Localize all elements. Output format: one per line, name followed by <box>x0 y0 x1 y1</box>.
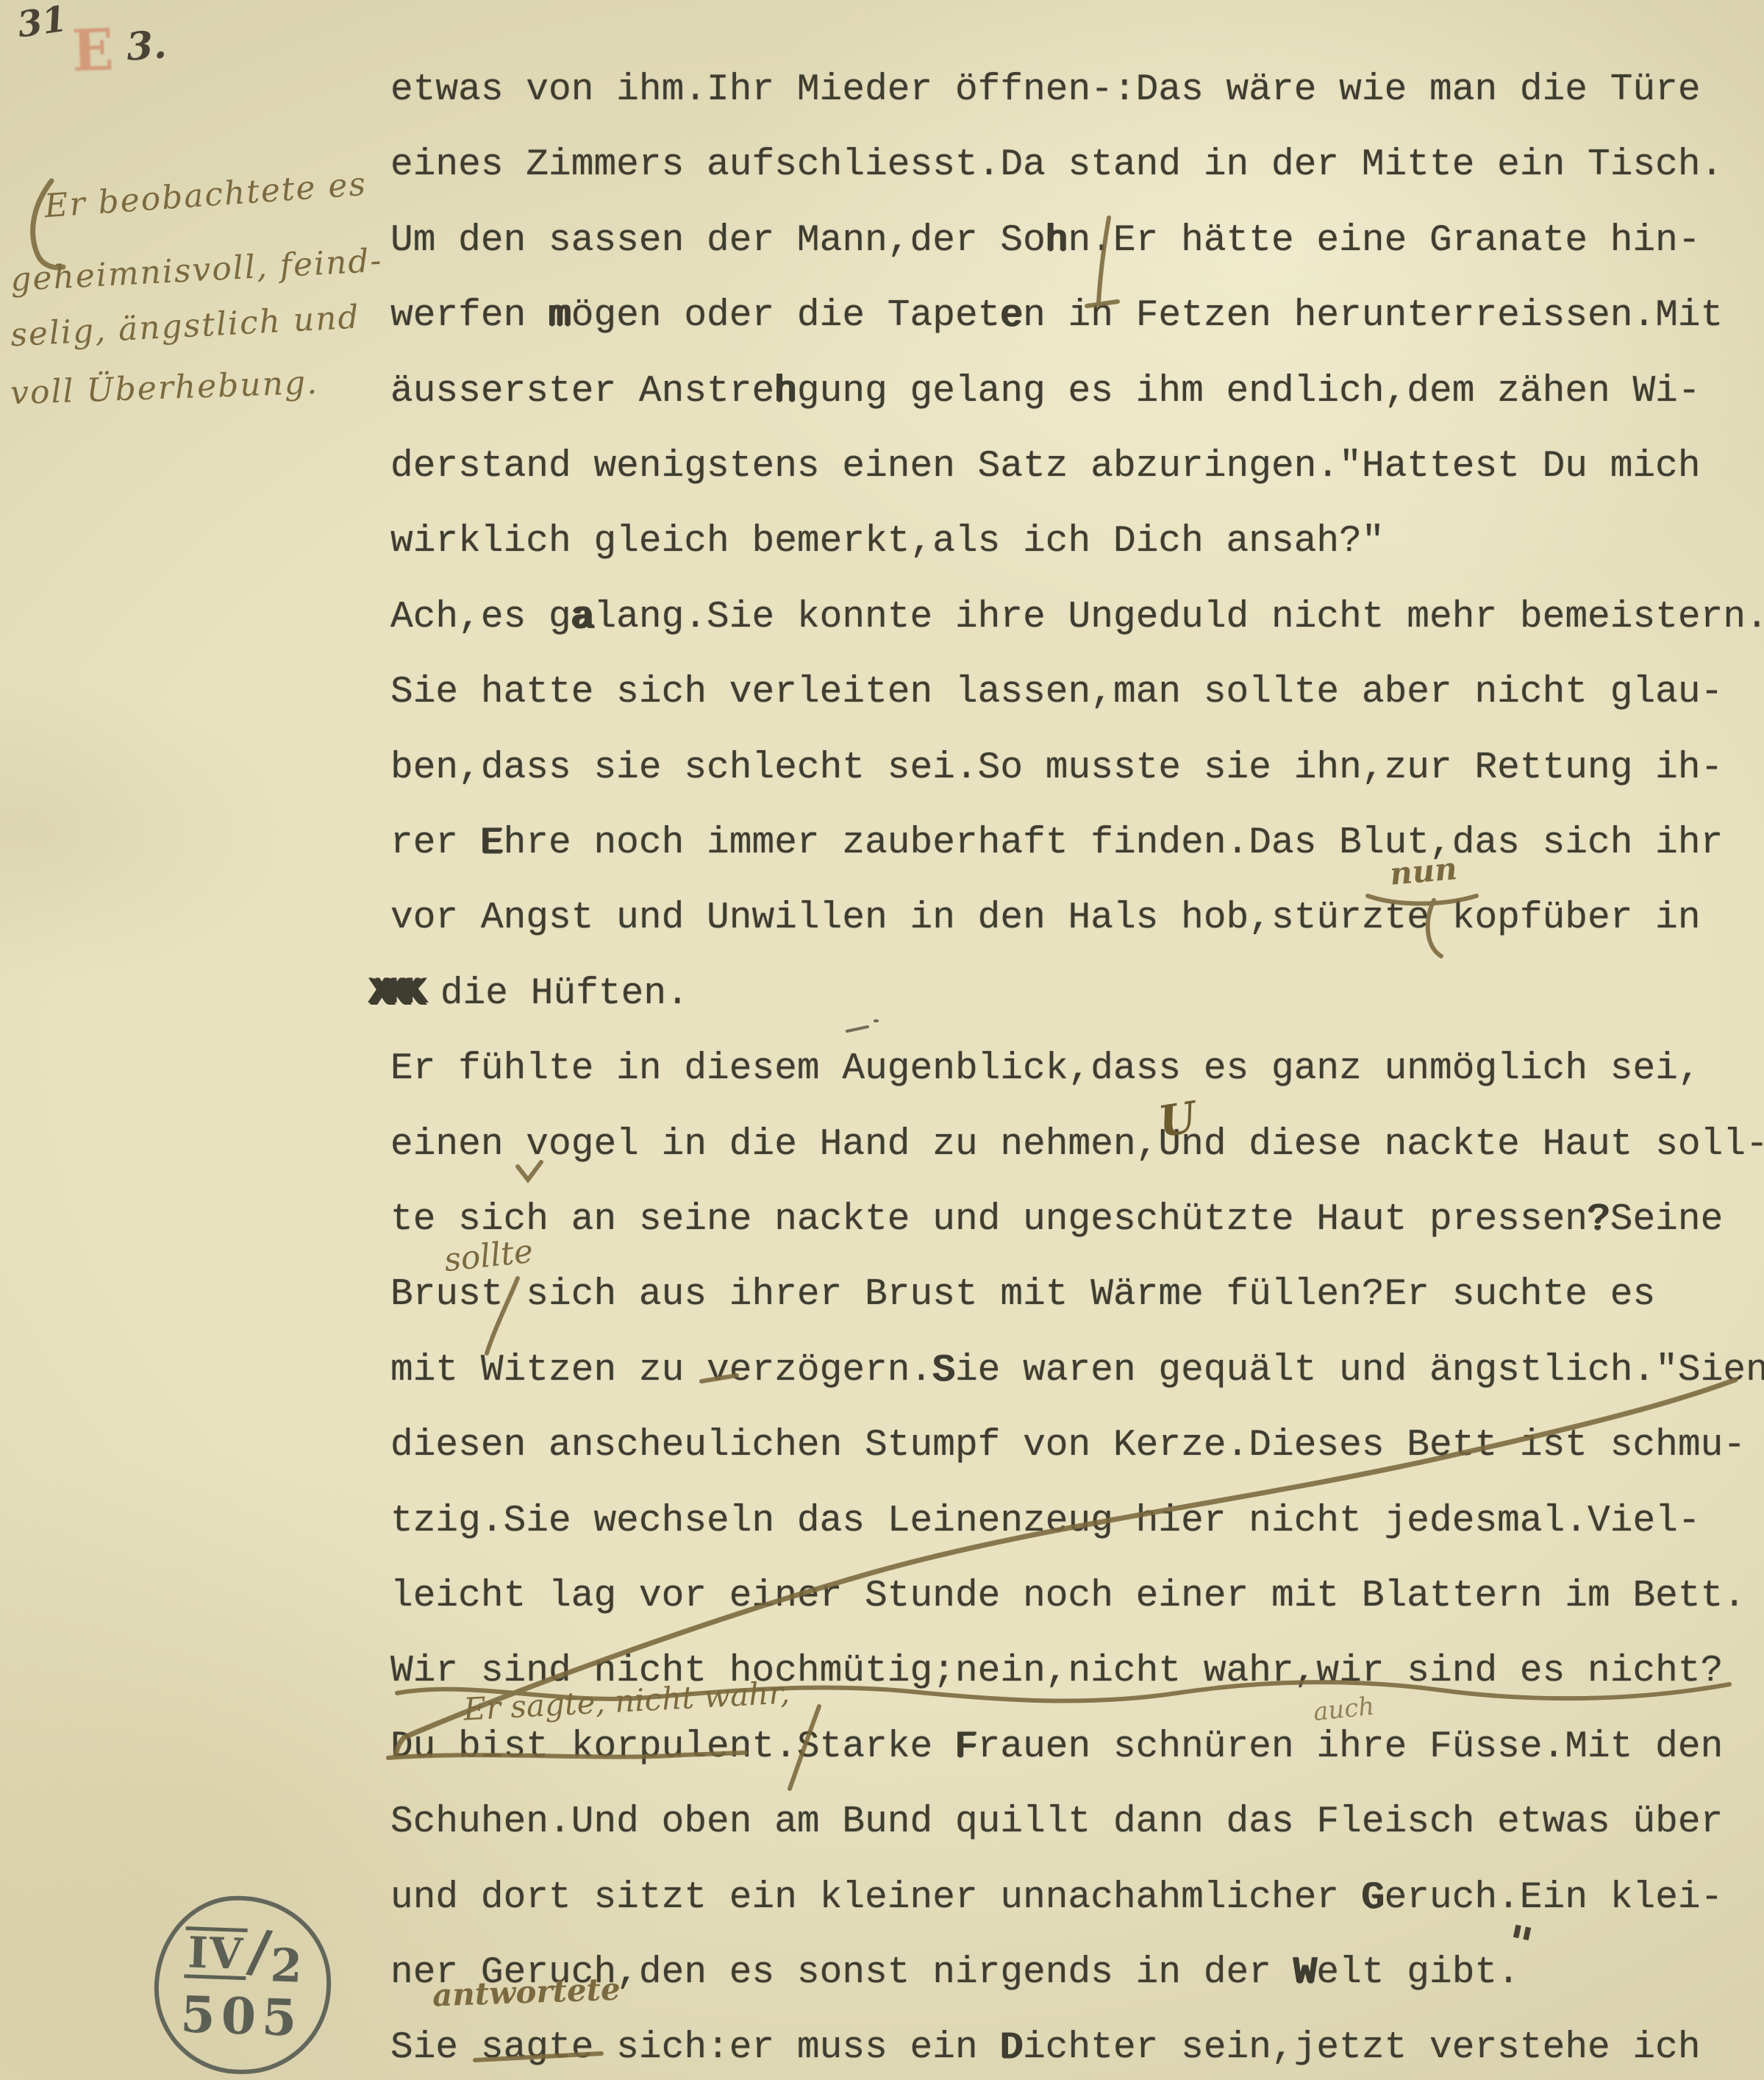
typescript-line: Sie hatte sich verleiten lassen,man soll… <box>390 673 1723 713</box>
typescript-line: Ach,es galang.Sie konnte ihre Ungeduld n… <box>390 598 1764 638</box>
typescript-segment: F <box>1316 1801 1339 1843</box>
typescript-segment: Du bist korpulent.Starke <box>390 1725 955 1768</box>
typescript-segment: hre noch immer zauberhaft finden.Das Blu… <box>504 822 1724 864</box>
typescript-segment: Ach,es g <box>390 596 571 638</box>
typescript-line: äusserster Anstrehgung gelang es ihm end… <box>390 372 1701 412</box>
typescript-line: ben,dass sie schlecht sei.So musste sie … <box>390 749 1723 788</box>
margin-note-line: selig, ängstlich und <box>10 299 361 355</box>
typescript-segment: etwas von ihm.Ihr Mieder öffnen-:Das wär… <box>390 68 1701 111</box>
handwritten-capital-u: U <box>1155 1091 1200 1147</box>
typescript-line: leicht lag vor einer Stunde noch einer m… <box>390 1577 1746 1617</box>
typescript-segment: Brust sich aus ihrer Brust mit Wärme fül… <box>390 1273 1655 1316</box>
typescript-segment: wirklich gleich bemerkt,als ich Dich ans… <box>390 520 1385 563</box>
typescript-segment: eruch.Ein klei- <box>1385 1876 1724 1919</box>
manuscript-page: { "page": { "corner_number": "31", "red_… <box>0 0 1764 2080</box>
typescript-segment: ugenblick,dass es ganz unmöglich sei, <box>865 1047 1701 1090</box>
typescript-segment: lang.Sie konnte ihre Ungeduld nicht mehr… <box>593 596 1764 638</box>
typescript-segment: Sie sagte sich:er muss ein <box>390 2026 1000 2069</box>
typescript-segment: nd diese nackte Haut soll- <box>1181 1123 1764 1166</box>
stamp-sub-number: 2 <box>270 1942 303 1989</box>
typescript-segment: leicht lag vor einer Stunde noch einer m… <box>390 1575 1746 1617</box>
typescript-segment: werfen <box>390 294 549 337</box>
typescript-segment: Sie hatte sich verleiten lassen,man soll… <box>390 671 1723 713</box>
typescript-segment: ben,dass sie schlecht sei.So musste sie … <box>390 747 1723 789</box>
stamp-roman-numeral: IV <box>184 1926 248 1980</box>
typescript-segment: ögen oder die Tapet <box>571 294 1001 337</box>
typescript-line: werfen mögen oder die Tapeten in Fetzen … <box>390 296 1723 336</box>
typescript-segment: elt gibt. <box>1316 1951 1519 1994</box>
typescript-segment: W <box>1294 1951 1317 1994</box>
handwritten-quote-mark: " <box>1502 1915 1538 1973</box>
typescript-segment: n in Fetzen herunterreissen.Mit <box>1023 294 1723 337</box>
typescript-segment: diesen anscheulichen Stumpf von Kerze.Di… <box>390 1424 1746 1467</box>
typescript-line: Schuhen.Und oben am Bund quillt dann das… <box>390 1803 1723 1842</box>
typescript-segment: te sich an seine nackte und ungeschützte… <box>390 1198 1588 1241</box>
typescript-line: Brust sich aus ihrer Brust mit Wärme fül… <box>390 1275 1655 1315</box>
typescript-line: te sich an seine nackte und ungeschützte… <box>390 1200 1723 1240</box>
typescript-segment: n.Er hätte eine Granate hin- <box>1068 219 1701 262</box>
typescript-segment: vor Angst und Unwillen in den Hals hob,s… <box>390 897 1701 939</box>
typescript-segment: Seine <box>1610 1198 1724 1241</box>
typescript-segment: m <box>549 294 571 337</box>
typescript-segment: eines Zimmers aufschliesst.Da stand in d… <box>390 143 1723 186</box>
typescript-segment: tzig.Sie wechseln das Leinenzeug hier ni… <box>390 1500 1701 1542</box>
typescript-line: tzig.Sie wechseln das Leinenzeug hier ni… <box>390 1502 1701 1542</box>
corner-page-number: 31 <box>15 0 69 46</box>
typescript-line: Er fühlte in diesem Augenblick,dass es g… <box>390 1050 1701 1089</box>
typescript-segment: D <box>1000 2026 1023 2069</box>
typescript-line: diesen anscheulichen Stumpf von Kerze.Di… <box>390 1426 1746 1466</box>
typescript-line: XKK die Hüften. <box>370 975 689 1014</box>
typescript-segment: Schuhen.Und oben am Bund quillt dann das <box>390 1801 1316 1843</box>
typescript-line: vor Angst und Unwillen in den Hals hob,s… <box>390 899 1701 939</box>
typescript-segment: S <box>932 1349 955 1392</box>
typescript-segment: leisch etwas über <box>1339 1801 1723 1843</box>
typescript-line: wirklich gleich bemerkt,als ich Dich ans… <box>390 522 1385 562</box>
typescript-segment: rauen schnüren ihre Füsse.Mit den <box>978 1725 1724 1768</box>
margin-note-line: Er beobachtete es <box>43 165 368 226</box>
typescript-segment: derstand wenigstens einen Satz abzuringe… <box>390 445 1701 488</box>
insertion-word-nun: nun <box>1388 850 1459 892</box>
typescript-segment: E <box>481 822 504 864</box>
typescript-segment: h <box>1046 219 1068 262</box>
typescript-segment: und dort sitzt ein kleiner unnachahmlich… <box>390 1876 1362 1919</box>
stamp-slash: / <box>246 1928 274 1976</box>
page-number: 3. <box>125 22 168 70</box>
typescript-segment: A <box>842 1047 865 1090</box>
typescript-segment: a <box>571 596 594 638</box>
typescript-line: Du bist korpulent.Starke Frauen schnüren… <box>390 1728 1723 1767</box>
margin-note-line: voll Überhebung. <box>10 364 319 413</box>
red-stamp-letter: E <box>71 17 115 85</box>
typescript-segment: Um den sassen der Mann,der So <box>390 219 1046 262</box>
typescript-segment: einen vogel in die Hand zu nehmen, <box>390 1123 1158 1166</box>
margin-note-line: geheimnisvoll, feind- <box>10 242 384 299</box>
typescript-line: rer Ehre noch immer zauberhaft finden.Da… <box>390 824 1723 863</box>
typescript-segment: rer <box>390 822 481 864</box>
typescript-segment: G <box>1362 1876 1385 1919</box>
typescript-line: und dort sitzt ein kleiner unnachahmlich… <box>390 1878 1723 1918</box>
typescript-segment: e <box>1000 294 1023 337</box>
typescript-segment: ie waren gequält und ängstlich."Sien <box>955 1349 1764 1392</box>
insertion-word-antwortete: antwortete <box>432 1971 621 2014</box>
typescript-segment: Er fühlte in diesem <box>390 1047 842 1090</box>
typescript-segment: ? <box>1588 1198 1610 1241</box>
typescript-segment: h <box>774 370 797 413</box>
typescript-line: derstand wenigstens einen Satz abzuringe… <box>390 447 1701 487</box>
stamp-number: 505 <box>179 1990 303 2044</box>
typescript-line: mit Witzen zu verzögern.Sie waren gequäl… <box>390 1351 1764 1391</box>
typescript-segment: äusserster Anstre <box>390 370 774 413</box>
typescript-line: Sie sagte sich:er muss ein Dichter sein,… <box>390 2029 1701 2068</box>
typescript-line: eines Zimmers aufschliesst.Da stand in d… <box>390 146 1723 185</box>
typescript-segment: mit Witzen zu verzögern. <box>390 1349 932 1392</box>
typescript-segment: die Hüften. <box>418 972 689 1015</box>
archive-stamp: IV/2 505 <box>151 1893 334 2077</box>
insertion-word-auch: auch <box>1312 1692 1376 1727</box>
typescript-segment: XKK <box>370 972 418 1015</box>
augenblick-caret <box>847 1027 868 1031</box>
typescript-segment: ichter sein,jetzt verstehe ich <box>1023 2026 1701 2069</box>
typescript-line: etwas von ihm.Ihr Mieder öffnen-:Das wär… <box>390 71 1701 110</box>
typescript-line: Um den sassen der Mann,der Sohn.Er hätte… <box>390 221 1701 261</box>
typescript-segment: gung gelang es ihm endlich,dem zähen Wi- <box>797 370 1701 413</box>
typescript-segment: F <box>955 1725 978 1768</box>
typescript-line: einen vogel in die Hand zu nehmen,Und di… <box>390 1125 1764 1165</box>
